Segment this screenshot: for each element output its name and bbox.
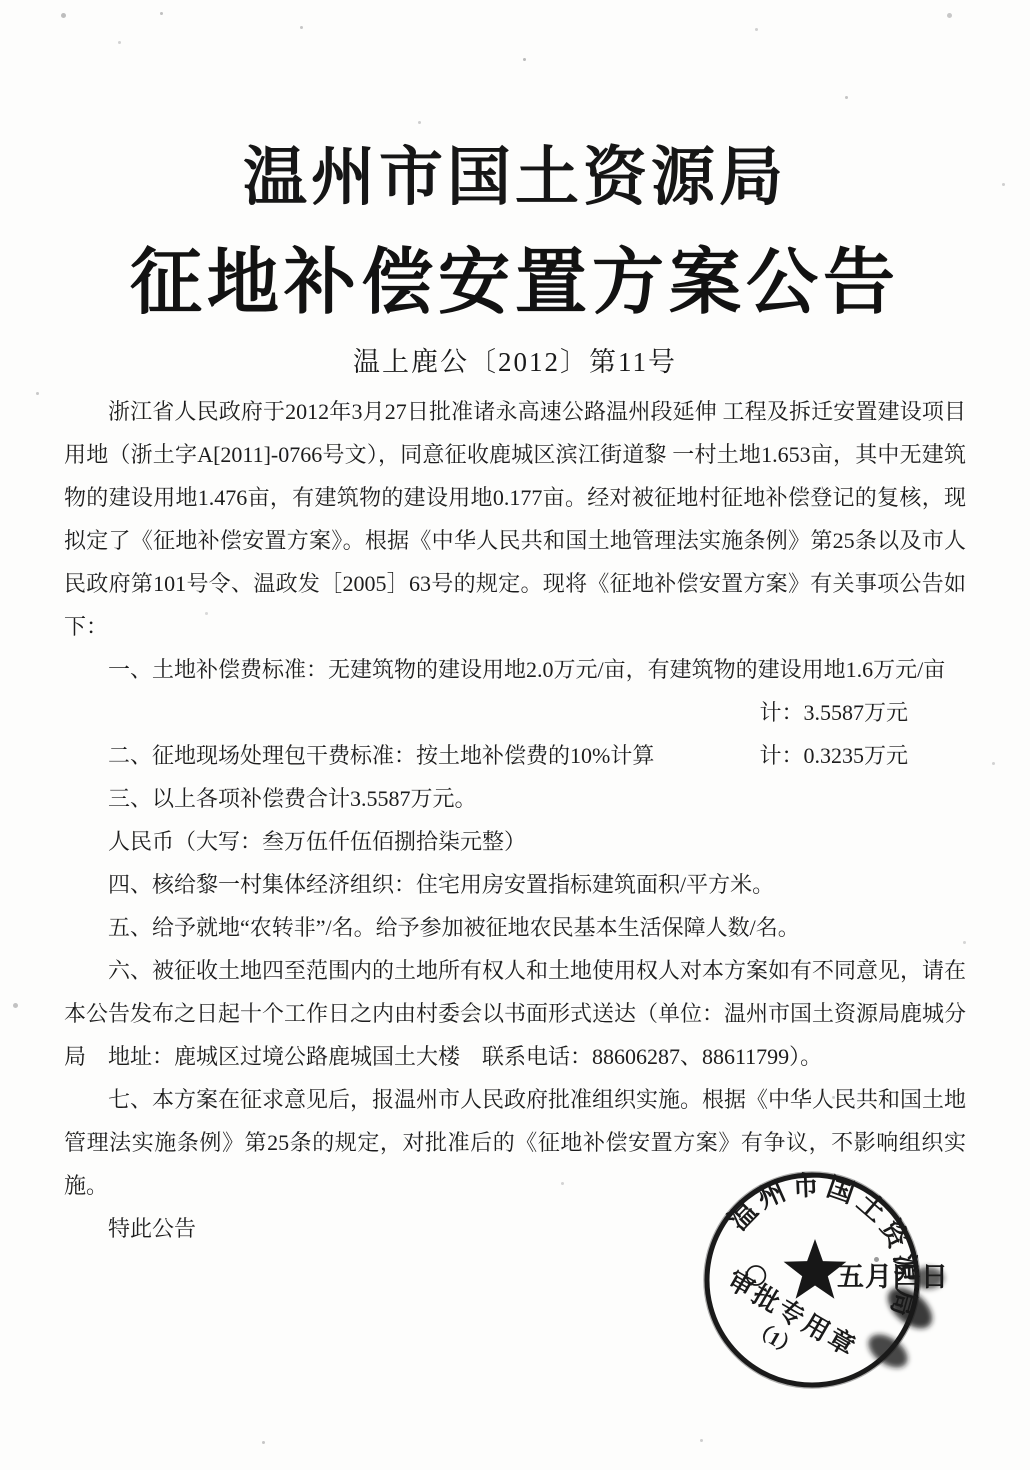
item-1-total: 计：3.5587万元 bbox=[64, 691, 966, 734]
document-body: 浙江省人民政府于2012年3月27日批准诸永高速公路温州段延伸 工程及拆迁安置建… bbox=[64, 390, 966, 1250]
document-number: 温上鹿公〔2012〕第11号 bbox=[0, 340, 1030, 379]
official-seal: 温州市国土资源局 审批专用章 （1） 〇 五月四日 bbox=[685, 1158, 985, 1458]
rmb-line: 人民币（大写：叁万伍仟伍佰捌拾柒元整） bbox=[64, 820, 966, 863]
scanned-document-page: 温州市国土资源局 征地补偿安置方案公告 温上鹿公〔2012〕第11号 浙江省人民… bbox=[0, 0, 1030, 1470]
seal-date-circle: 〇 bbox=[745, 1264, 767, 1289]
item-2-row: 二、征地现场处理包干费标准：按土地补偿费的10%计算 计：0.3235万元 bbox=[64, 734, 966, 777]
document-subtitle: 征地补偿安置方案公告 bbox=[0, 224, 1030, 328]
item-6: 六、被征收土地四至范围内的土地所有权人和土地使用权人对本方案如有不同意见，请在本… bbox=[64, 949, 966, 1078]
item-1: 一、土地补偿费标准：无建筑物的建设用地2.0万元/亩，有建筑物的建设用地1.6万… bbox=[64, 648, 966, 691]
item-2-total: 计：0.3235万元 bbox=[759, 734, 908, 777]
item-2: 二、征地现场处理包干费标准：按土地补偿费的10%计算 bbox=[64, 734, 654, 777]
item-3: 三、以上各项补偿费合计3.5587万元。 bbox=[64, 777, 966, 820]
scan-noise bbox=[0, 0, 3, 3]
document-title: 温州市国土资源局 bbox=[0, 126, 1030, 218]
official-seal-graphic: 温州市国土资源局 审批专用章 （1） 〇 五月四日 bbox=[685, 1158, 985, 1458]
paragraph-intro: 浙江省人民政府于2012年3月27日批准诸永高速公路温州段延伸 工程及拆迁安置建… bbox=[64, 390, 966, 648]
item-5: 五、给予就地“农转非”/名。给予参加被征地农民基本生活保障人数/名。 bbox=[64, 906, 966, 949]
item-4: 四、核给黎一村集体经济组织：住宅用房安置指标建筑面积/平方米。 bbox=[64, 863, 966, 906]
